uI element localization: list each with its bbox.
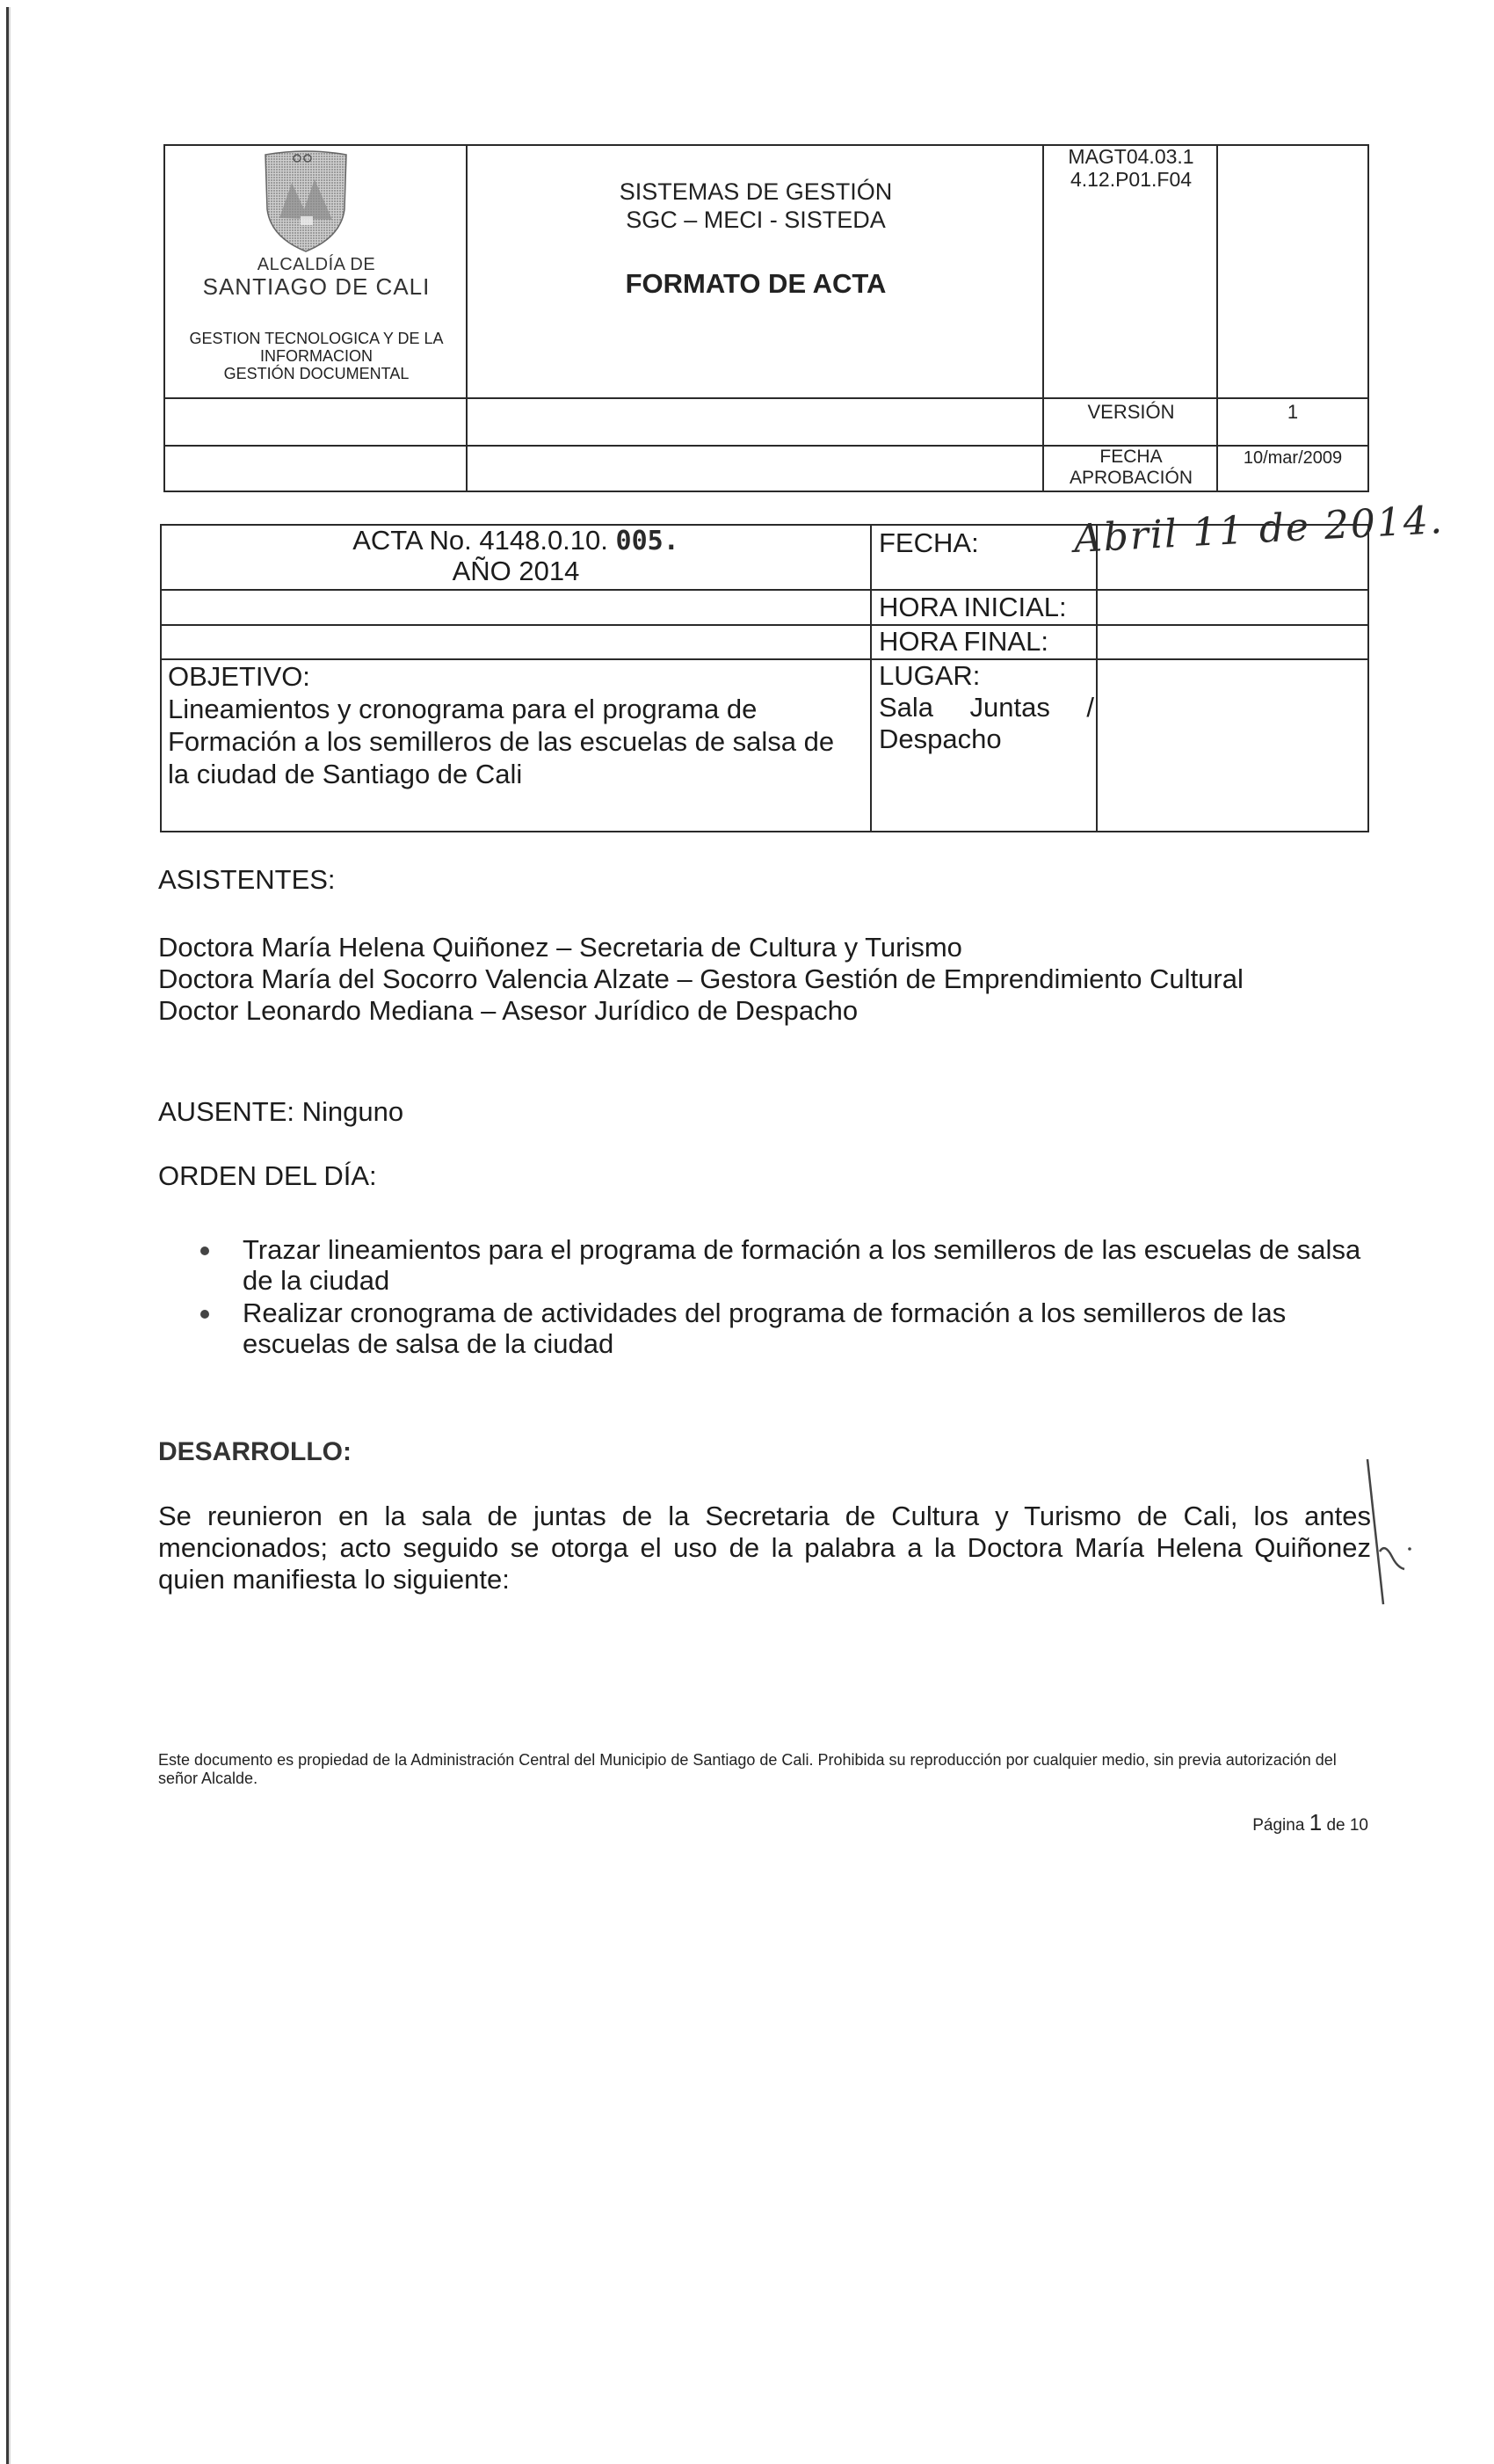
objetivo-section: OBJETIVO: Lineamientos y cronograma para… [168, 660, 862, 790]
department-line: INFORMACION [167, 347, 466, 365]
desarrollo-text: Se reunieron en la sala de juntas de la … [158, 1501, 1371, 1595]
acta-number-line: ACTA No. 4148.0.10. 005. [162, 526, 870, 556]
code-line: 4.12.P01.F04 [1046, 168, 1216, 191]
hora-inicial-value [1100, 592, 1364, 623]
asistentes-label: ASISTENTES: [158, 864, 336, 896]
code-line: MAGT04.03.1 [1046, 145, 1216, 168]
department-label: GESTION TECNOLOGICA Y DE LA INFORMACION … [167, 330, 466, 382]
department-line: GESTION TECNOLOGICA Y DE LA [167, 330, 466, 347]
attendee: Doctora María del Socorro Valencia Alzat… [158, 963, 1244, 995]
coat-of-arms-icon [260, 148, 352, 253]
system-label: SISTEMAS DE GESTIÓN SGC – MECI - SISTEDA [468, 178, 1043, 234]
attendee: Doctor Leonardo Mediana – Asesor Jurídic… [158, 995, 1244, 1027]
scan-edge-shadow [9, 7, 11, 2464]
department-line: GESTIÓN DOCUMENTAL [167, 365, 466, 382]
page-number: Página 1 de 10 [1252, 1809, 1368, 1836]
fecha-label: FECHA: [879, 527, 1094, 559]
version-value: 1 [1218, 401, 1367, 423]
objetivo-label: OBJETIVO: [168, 660, 862, 693]
hora-final-value [1100, 626, 1364, 658]
hora-inicial-label: HORA INICIAL: [879, 592, 1094, 623]
signature-mark-icon [1353, 1455, 1424, 1613]
bullet-icon [200, 1310, 209, 1319]
acta-number: ACTA No. 4148.0.10. 005. AÑO 2014 [162, 526, 870, 586]
acta-number-handwritten: 005. [616, 526, 679, 556]
hora-final-label: HORA FINAL: [879, 626, 1094, 658]
page-current: 1 [1309, 1809, 1322, 1835]
asistentes-list: Doctora María Helena Quiñonez – Secretar… [158, 932, 1244, 1027]
footer-note: Este documento es propiedad de la Admini… [158, 1751, 1371, 1788]
city-label: SANTIAGO DE CALI [167, 274, 466, 301]
page-label: Página [1252, 1816, 1304, 1835]
version-label: VERSIÓN [1046, 401, 1216, 423]
acta-number-prefix: ACTA No. 4148.0.10. [352, 525, 608, 556]
desarrollo-label: DESARROLLO: [158, 1437, 352, 1467]
bullet-icon [200, 1247, 209, 1255]
form-code: MAGT04.03.1 4.12.P01.F04 [1046, 145, 1216, 191]
attendee: Doctora María Helena Quiñonez – Secretar… [158, 932, 1244, 963]
objetivo-text: Lineamientos y cronograma para el progra… [168, 693, 862, 790]
system-line: SGC – MECI - SISTEDA [468, 206, 1043, 234]
orden-item: Realizar cronograma de actividades del p… [200, 1297, 1378, 1359]
ausente-text: AUSENTE: Ninguno [158, 1096, 403, 1128]
orden-item-text: Realizar cronograma de actividades del p… [243, 1297, 1286, 1359]
lugar-label: LUGAR: [879, 660, 1094, 692]
approval-line: APROBACIÓN [1046, 468, 1216, 489]
fecha-value-handwritten: Abril 11 de 2014. [1073, 498, 1445, 562]
system-line: SISTEMAS DE GESTIÓN [468, 178, 1043, 206]
orden-list: Trazar lineamientos para el programa de … [200, 1234, 1378, 1361]
approval-date-value: 10/mar/2009 [1218, 448, 1367, 469]
approval-date-label: FECHA APROBACIÓN [1046, 447, 1216, 489]
orden-label: ORDEN DEL DÍA: [158, 1160, 377, 1192]
form-title: FORMATO DE ACTA [468, 268, 1043, 300]
acta-year: AÑO 2014 [162, 556, 870, 586]
orden-item: Trazar lineamientos para el programa de … [200, 1234, 1378, 1296]
lugar-value: Sala Juntas / Despacho [879, 692, 1094, 755]
page-of: de [1326, 1816, 1345, 1835]
orden-item-text: Trazar lineamientos para el programa de … [243, 1234, 1360, 1296]
lugar-section: LUGAR: Sala Juntas / Despacho [879, 660, 1094, 755]
approval-line: FECHA [1046, 447, 1216, 468]
alcaldia-label: ALCALDÍA DE [167, 255, 466, 275]
page-total: 10 [1350, 1816, 1368, 1835]
